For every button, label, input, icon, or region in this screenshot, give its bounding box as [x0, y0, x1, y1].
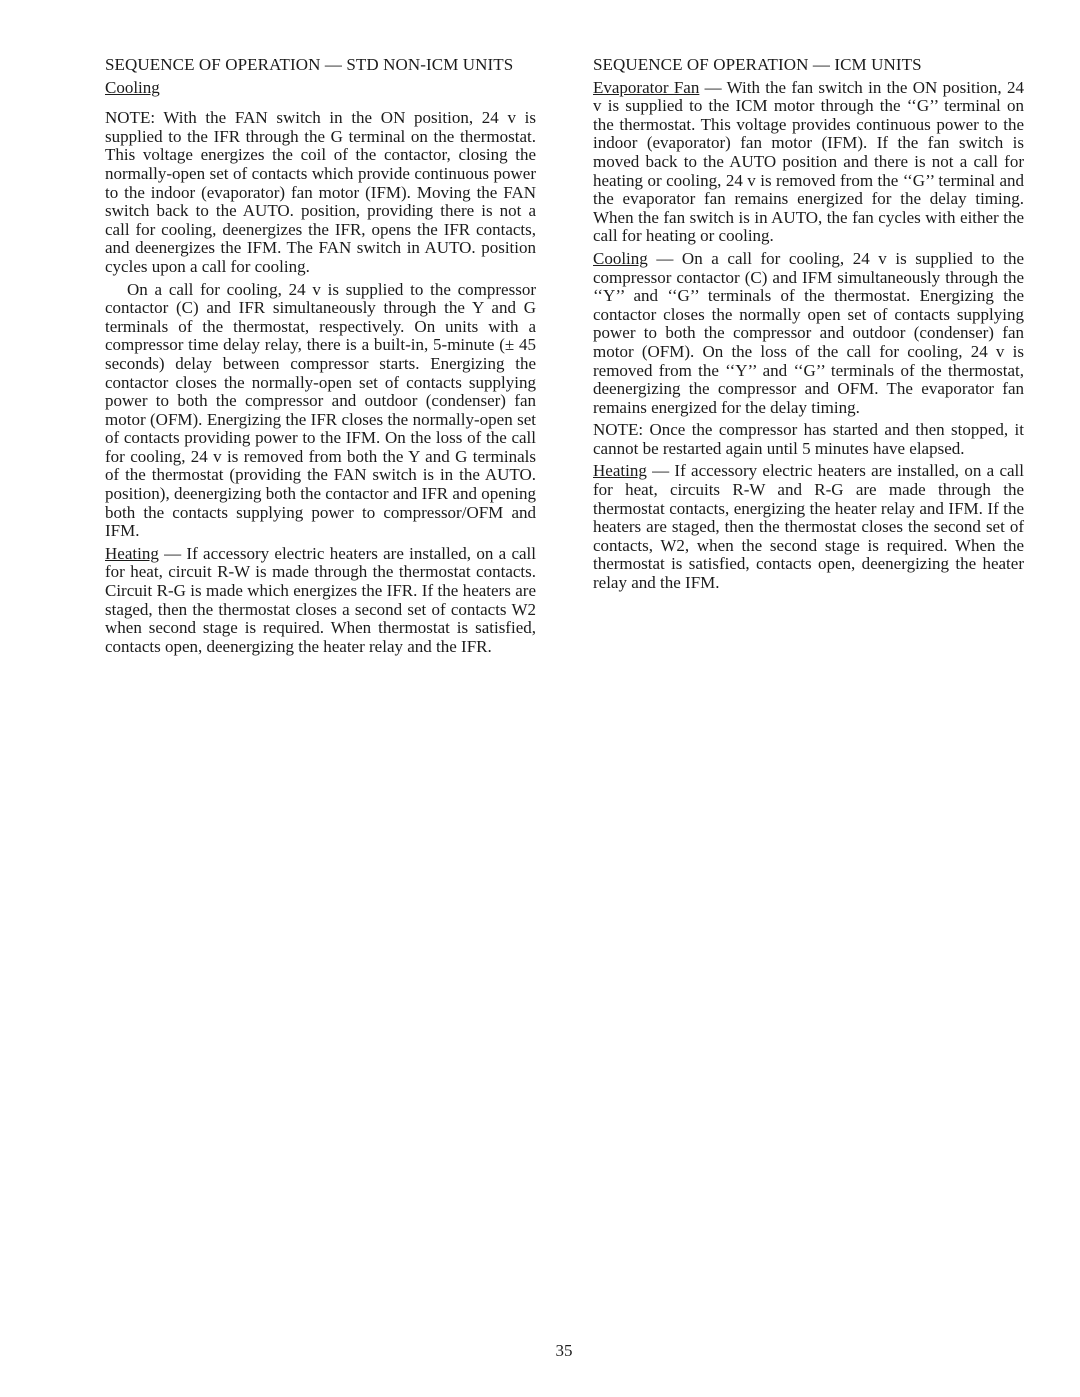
right-note-paragraph: NOTE: Once the compressor has started an… [593, 421, 1024, 458]
left-cooling-subheading-label: Cooling [105, 78, 160, 97]
right-evaporator-fan-text: — With the fan switch in the ON position… [593, 78, 1024, 246]
left-cooling-call-paragraph: On a call for cooling, 24 v is supplied … [105, 281, 536, 541]
left-note-paragraph: NOTE: With the FAN switch in the ON posi… [105, 109, 536, 276]
two-column-layout: SEQUENCE OF OPERATION — STD NON-ICM UNIT… [105, 56, 1024, 660]
right-heating-text: — If accessory electric heaters are inst… [593, 461, 1024, 592]
left-heating-paragraph: Heating — If accessory electric heaters … [105, 545, 536, 657]
right-column: SEQUENCE OF OPERATION — ICM UNITS Evapor… [593, 56, 1024, 660]
right-heating-paragraph: Heating — If accessory electric heaters … [593, 462, 1024, 592]
left-section-heading: SEQUENCE OF OPERATION — STD NON-ICM UNIT… [105, 56, 536, 75]
left-heating-text: — If accessory electric heaters are inst… [105, 544, 536, 656]
right-heating-lead: Heating [593, 461, 647, 480]
page-number: 35 [105, 1341, 1023, 1360]
left-heating-lead: Heating [105, 544, 159, 563]
left-cooling-subheading: Cooling [105, 79, 536, 98]
right-evaporator-fan-paragraph: Evaporator Fan — With the fan switch in … [593, 79, 1024, 246]
right-evaporator-fan-lead: Evaporator Fan [593, 78, 699, 97]
right-cooling-paragraph: Cooling — On a call for cooling, 24 v is… [593, 250, 1024, 417]
right-section-heading: SEQUENCE OF OPERATION — ICM UNITS [593, 56, 1024, 75]
left-column: SEQUENCE OF OPERATION — STD NON-ICM UNIT… [105, 56, 536, 660]
right-cooling-text: — On a call for cooling, 24 v is supplie… [593, 249, 1024, 417]
right-cooling-lead: Cooling [593, 249, 648, 268]
manual-page: SEQUENCE OF OPERATION — STD NON-ICM UNIT… [0, 0, 1080, 1397]
